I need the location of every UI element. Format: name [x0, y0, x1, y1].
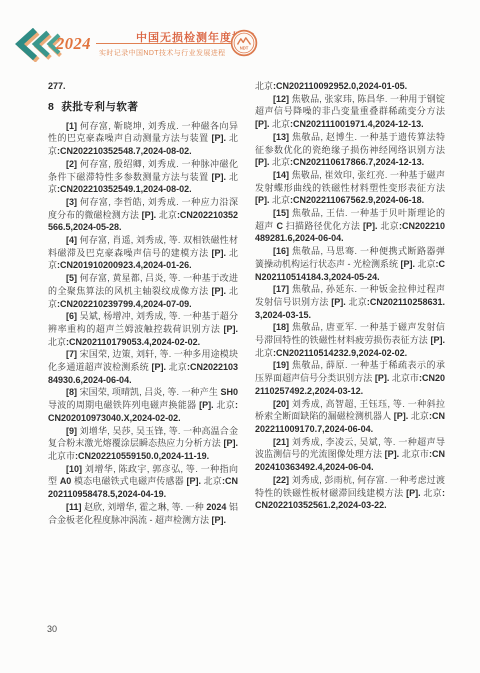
carryover-text: 277.	[48, 80, 238, 93]
reference-item: [12] 焦敬品, 张家玮, 陈昌华. 一种用于钢锭超声信号降噪的非凸变量重叠群…	[255, 93, 445, 131]
reference-item: [11] 赵欣, 刘增华, 霍之琳, 等. 一种 2024 铝合金板老化程度脉冲…	[48, 501, 238, 526]
section-number: 8	[48, 101, 54, 113]
reference-item: [9] 刘增华, 吴莎, 吴玉锋, 等. 一种高温合金复合粉末激光熔覆涂层瞬态热…	[48, 425, 238, 463]
report-tagline: 实时记录中国NDT技术与行业发展进程	[99, 48, 226, 58]
reference-item: [19] 焦敬品, 薛原. 一种基于稀疏表示的承压界面超声信号分类识别方法 [P…	[255, 359, 445, 397]
reference-item: [7] 宋国荣, 边策, 刘轩, 等. 一种多用途模块化多通道超声波检测系统 […	[48, 348, 238, 386]
ndt-badge-icon: NDT	[230, 29, 258, 57]
reference-item: [15] 焦敬品, 王佶. 一种基于贝叶斯理论的超声 C 扫描路径优化方法 [P…	[255, 207, 445, 245]
column-right: 北京:CN202110092952.0,2024-01-05. [12] 焦敬品…	[255, 80, 445, 526]
reference-item: [5] 何存富, 黄星都, 吕炎, 等. 一种基于改进的全聚焦算法的风机主轴裂纹…	[48, 272, 238, 310]
reference-item: [2] 何存富, 殷绍卿, 刘秀成. 一种脉冲磁化条件下磁滞特性多参数测量方法与…	[48, 158, 238, 196]
badge-text: NDT	[240, 46, 249, 51]
reference-item: [4] 何存富, 肖遥, 刘秀成, 等. 双相铁磁性材料磁滞及巴克豪森噪声信号的…	[48, 234, 238, 272]
column-left: 277. 8获批专利与软著 [1] 何存富, 靳晓坤, 刘秀成. 一种磁各向异性…	[48, 80, 238, 526]
year-text: 2024	[56, 34, 91, 54]
section-title: 获批专利与软著	[61, 101, 138, 113]
reference-item: [1] 何存富, 靳晓坤, 刘秀成. 一种磁各向异性的巴克豪森噪声自动测量方法与…	[48, 120, 238, 158]
reference-item: [14] 焦敬品, 崔效印, 张红亮. 一种基于磁声发射蝶形曲线的铁磁性材料塑性…	[255, 169, 445, 207]
reference-item: [18] 焦敬品, 唐亚军. 一种基于磁声发射信号滞回特性的铁磁性材料疲劳损伤表…	[255, 321, 445, 359]
reference-item: [3] 何存富, 李哲皓, 刘秀成. 一种应力沿深度分布的微磁检测方法 [P].…	[48, 196, 238, 234]
reference-item: [22] 刘秀成, 彭雨杭, 何存富. 一种考虑过渡特性的铁磁性板材磁滞回线建模…	[255, 474, 445, 512]
report-header: 2024 中国无损检测年度报告 实时记录中国NDT技术与行业发展进程 NDT	[0, 0, 480, 72]
reference-list: 277. 8获批专利与软著 [1] 何存富, 靳晓坤, 刘秀成. 一种磁各向异性…	[48, 80, 445, 526]
reference-item: [6] 吴斌, 杨增冲, 刘秀成, 等. 一种基于超分辨率重构的超声兰姆波触控载…	[48, 310, 238, 348]
reference-item: [21] 刘秀成, 李凌云, 吴斌, 等. 一种超声导波监测信号的光流图像处理方…	[255, 436, 445, 474]
reference-item: [8] 宋国荣, 项晴凯, 吕炎, 等. 一种产生 SH0 导波的周期电磁铁阵列…	[48, 386, 238, 424]
reference-item: [16] 焦敬品, 马思骞. 一种便携式断路器弹簧操动机构运行状态声 - 光检测…	[255, 245, 445, 283]
carryover-text: 北京:CN202110092952.0,2024-01-05.	[255, 80, 445, 93]
section-heading: 8获批专利与软著	[48, 99, 238, 114]
reference-item: [20] 刘秀成, 高智超, 王钰珏, 等. 一种斜拉桥索全断面缺陷的漏磁检测机…	[255, 398, 445, 436]
page-number: 30	[47, 624, 57, 634]
reference-item: [17] 焦敬品, 孙延东. 一种钣金拉伸过程声发射信号识别方法 [P]. 北京…	[255, 283, 445, 321]
reference-item: [13] 焦敬品, 赵博生. 一种基于遗传算法特征参数优化的瓷绝缘子损伤神经网络…	[255, 131, 445, 169]
reference-item: [10] 刘增华, 陈政宇, 郭彦弘, 等. 一种指向型 A0 模态电磁铁式电磁…	[48, 463, 238, 501]
